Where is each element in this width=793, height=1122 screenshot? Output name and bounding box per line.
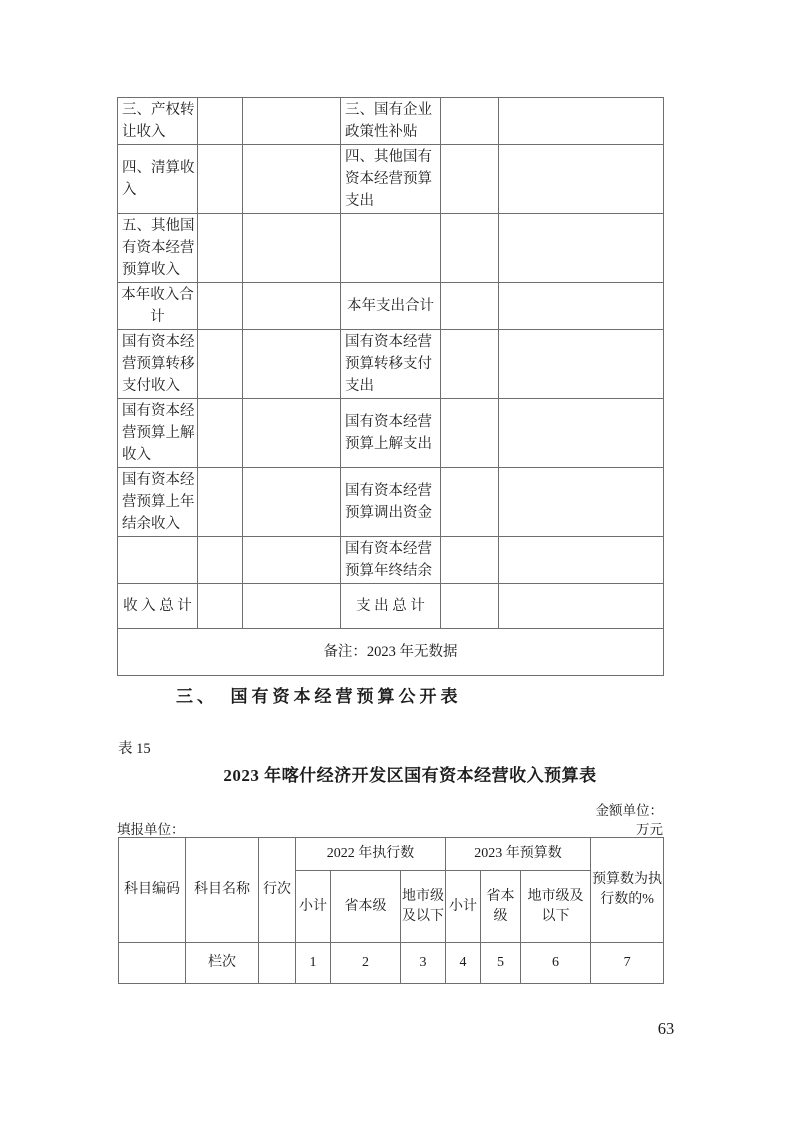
- value-cell: [499, 283, 664, 330]
- expense-item-label: [341, 214, 441, 283]
- value-cell: [499, 399, 664, 468]
- value-cell: [243, 468, 341, 537]
- value-cell: [441, 468, 499, 537]
- column-number: 2: [331, 943, 401, 984]
- income-item-label: 五、其他国有资本经营预算收入: [118, 214, 198, 283]
- value-cell: [198, 537, 243, 584]
- filing-unit-label: 填报单位：: [117, 818, 185, 838]
- income-item-label: 国有资本经营预算上解收入: [118, 399, 198, 468]
- value-cell: [441, 330, 499, 399]
- column-number: 7: [591, 943, 664, 984]
- income-item-label: 三、产权转让收入: [118, 98, 198, 145]
- city-below-2023-header: 地市级及以下: [521, 871, 591, 943]
- empty-cell: [119, 943, 186, 984]
- value-cell: [243, 98, 341, 145]
- budget-table-title: 2023 年喀什经济开发区国有资本经营收入预算表: [137, 761, 683, 786]
- income-item-label: 本年收入合计: [118, 283, 198, 330]
- value-cell: [243, 145, 341, 214]
- document-page: 三、产权转让收入三、国有企业政策性补贴四、清算收入四、其他国有资本经营预算支出五…: [0, 0, 793, 1122]
- expense-item-label: 国有资本经营预算转移支付支出: [341, 330, 441, 399]
- value-cell: [499, 145, 664, 214]
- expense-item-label: 国有资本经营预算年终结余: [341, 537, 441, 584]
- expense-item-label: 国有资本经营预算上解支出: [341, 399, 441, 468]
- expense-item-label: 国有资本经营预算调出资金: [341, 468, 441, 537]
- value-cell: [243, 584, 341, 629]
- income-item-label: [118, 537, 198, 584]
- value-cell: [243, 399, 341, 468]
- income-item-label: 收 入 总 计: [118, 584, 198, 629]
- value-cell: [441, 537, 499, 584]
- line-no-header: 行次: [259, 838, 296, 943]
- column-number: 3: [401, 943, 446, 984]
- amount-unit-value: 万元: [636, 818, 663, 838]
- expense-item-label: 三、国有企业政策性补贴: [341, 98, 441, 145]
- column-number: 1: [296, 943, 331, 984]
- expense-item-label: 四、其他国有资本经营预算支出: [341, 145, 441, 214]
- income-item-label: 国有资本经营预算转移支付收入: [118, 330, 198, 399]
- value-cell: [441, 283, 499, 330]
- column-number: 4: [446, 943, 481, 984]
- empty-cell: [259, 943, 296, 984]
- value-cell: [499, 330, 664, 399]
- page-number: 63: [641, 1019, 691, 1039]
- income-item-label: 国有资本经营预算上年结余收入: [118, 468, 198, 537]
- amount-unit-label: 金额单位：: [117, 799, 663, 819]
- subtotal-2023-header: 小计: [446, 871, 481, 943]
- city-below-2022-header: 地市级及以下: [401, 871, 446, 943]
- value-cell: [441, 145, 499, 214]
- unit-row: 填报单位： 万元: [117, 818, 663, 838]
- value-cell: [198, 399, 243, 468]
- value-cell: [198, 98, 243, 145]
- expense-item-label: 支 出 总 计: [341, 584, 441, 629]
- value-cell: [441, 98, 499, 145]
- column-number: 6: [521, 943, 591, 984]
- value-cell: [499, 98, 664, 145]
- table-number-label: 表 15: [118, 737, 151, 758]
- lanci-label: 栏次: [186, 943, 259, 984]
- value-cell: [243, 330, 341, 399]
- value-cell: [441, 214, 499, 283]
- subject-name-header: 科目名称: [186, 838, 259, 943]
- value-cell: [499, 214, 664, 283]
- expense-item-label: 本年支出合计: [341, 283, 441, 330]
- provincial-2022-header: 省本级: [331, 871, 401, 943]
- value-cell: [198, 584, 243, 629]
- value-cell: [198, 330, 243, 399]
- value-cell: [198, 214, 243, 283]
- value-cell: [243, 214, 341, 283]
- exec-2022-group-header: 2022 年执行数: [296, 838, 446, 871]
- budget-2023-group-header: 2023 年预算数: [446, 838, 591, 871]
- value-cell: [441, 399, 499, 468]
- income-item-label: 四、清算收入: [118, 145, 198, 214]
- summary-note: 备注：2023 年无数据: [118, 629, 664, 676]
- subject-code-header: 科目编码: [119, 838, 186, 943]
- column-number: 5: [481, 943, 521, 984]
- ratio-header: 预算数为执行数的%: [591, 838, 664, 943]
- value-cell: [243, 537, 341, 584]
- value-cell: [243, 283, 341, 330]
- value-cell: [198, 145, 243, 214]
- value-cell: [198, 283, 243, 330]
- section-heading: 三、 国有资本经营预算公开表: [176, 682, 462, 707]
- budget-income-table: 科目编码 科目名称 行次 2022 年执行数 2023 年预算数 预算数为执行数…: [118, 837, 664, 984]
- value-cell: [499, 468, 664, 537]
- value-cell: [499, 537, 664, 584]
- subtotal-2022-header: 小计: [296, 871, 331, 943]
- provincial-2023-header: 省本级: [481, 871, 521, 943]
- capital-budget-summary-table: 三、产权转让收入三、国有企业政策性补贴四、清算收入四、其他国有资本经营预算支出五…: [117, 97, 664, 676]
- value-cell: [198, 468, 243, 537]
- value-cell: [441, 584, 499, 629]
- value-cell: [499, 584, 664, 629]
